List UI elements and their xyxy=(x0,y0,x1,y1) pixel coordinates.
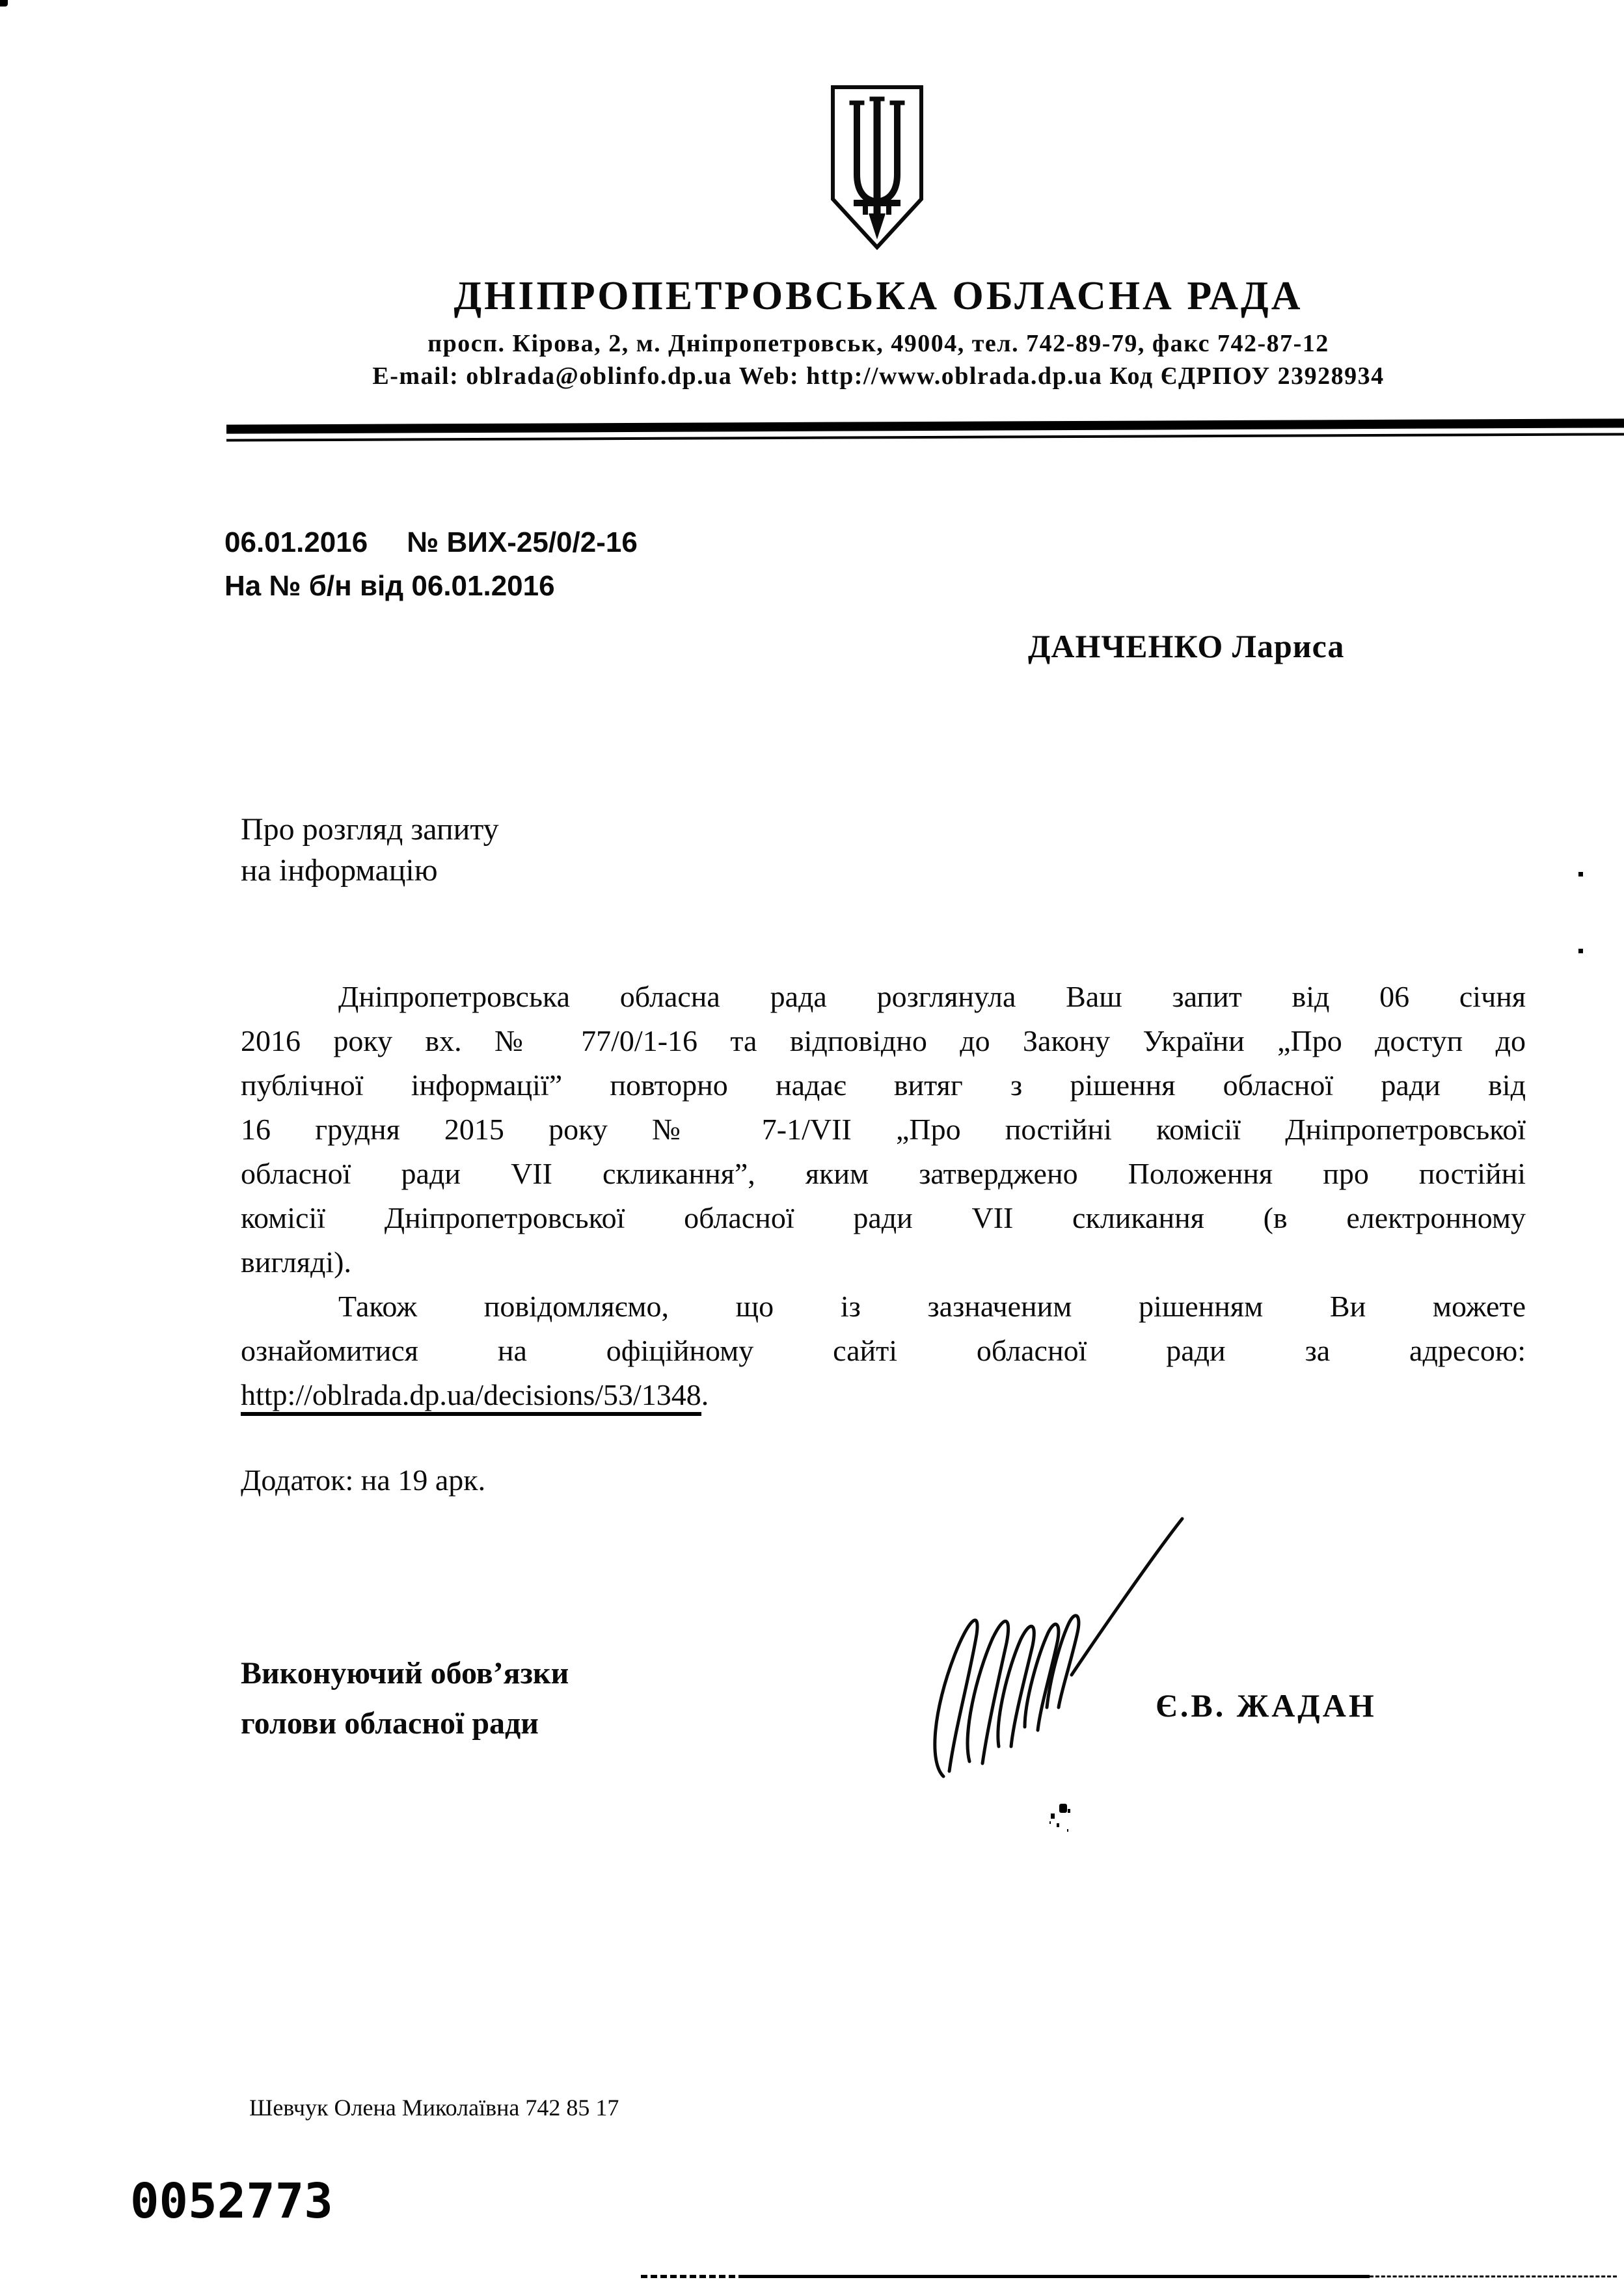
signer-position-line-1: Виконуючий обов’язки xyxy=(241,1648,826,1698)
body-line: вигляді). xyxy=(241,1240,1526,1284)
ukraine-trident-emblem-icon xyxy=(828,83,927,256)
body-paragraph-2: Також повідомляємо, що із зазначеним ріш… xyxy=(241,1284,1526,1417)
reference-date-line: 06.01.2016№ ВИХ-25/0/2-16 xyxy=(224,521,1005,564)
handwritten-signature xyxy=(882,1511,1207,1800)
body-line: ознайомитися на офіційному сайті обласно… xyxy=(241,1329,1526,1373)
registration-stamp-number: 0052773 xyxy=(130,2173,455,2229)
body-line: 16 грудня 2015 року № 7-1/VII „Про пості… xyxy=(241,1107,1526,1152)
body-line: публічної інформації” повторно надає вит… xyxy=(241,1063,1526,1107)
scan-speck-top-left xyxy=(0,0,8,7)
reference-block: 06.01.2016№ ВИХ-25/0/2-16 На № б/н від 0… xyxy=(224,521,1005,608)
body-paragraph-1: Дніпропетровська обласна рада розглянула… xyxy=(241,975,1526,1284)
body-line: 2016 року вх. № 77/0/1-16 та відповідно … xyxy=(241,1019,1526,1063)
subject-line-2: на інформацію xyxy=(241,850,826,891)
body-link-line: http://oblrada.dp.ua/decisions/53/1348. xyxy=(241,1373,1526,1417)
header-rule-thin xyxy=(226,433,1624,441)
scan-dot-right-1 xyxy=(1578,872,1583,876)
subject-line-1: Про розгляд запиту xyxy=(241,809,826,850)
org-contact-line: E-mail: oblrada@oblinfo.dp.ua Web: http:… xyxy=(133,362,1624,390)
attachment-line: Додаток: на 19 арк. xyxy=(241,1463,826,1497)
org-name: ДНІПРОПЕТРОВСЬКА ОБЛАСНА РАДА xyxy=(133,273,1624,319)
body-line: комісії Дніпропетровської обласної ради … xyxy=(241,1196,1526,1240)
reference-number: № ВИХ-25/0/2-16 xyxy=(407,526,638,558)
signer-name: Є.В. ЖАДАН xyxy=(1156,1687,1546,1724)
org-address-line: просп. Кірова, 2, м. Дніпропетровськ, 49… xyxy=(133,329,1624,358)
header-rule-thick xyxy=(226,418,1624,433)
scan-edge-line-dots xyxy=(1370,2275,1617,2277)
reference-reply-line: На № б/н від 06.01.2016 xyxy=(224,564,1005,608)
scan-dot-right-2 xyxy=(1578,949,1583,953)
body-line: обласної ради VII скликання”, яким затве… xyxy=(241,1152,1526,1196)
body-line: Також повідомляємо, що із зазначеним ріш… xyxy=(241,1284,1526,1329)
signer-position: Виконуючий обов’язки голови обласної рад… xyxy=(241,1648,826,1748)
scanned-letter-page: ДНІПРОПЕТРОВСЬКА ОБЛАСНА РАДА просп. Кір… xyxy=(0,0,1624,2282)
recipient-name: ДАНЧЕНКО Лариса xyxy=(1028,627,1483,665)
link-period: . xyxy=(701,1378,709,1411)
reference-date: 06.01.2016 xyxy=(224,526,368,558)
subject-block: Про розгляд запиту на інформацію xyxy=(241,809,826,891)
ink-smudge xyxy=(1059,1804,1067,1813)
scan-edge-line-dashed xyxy=(641,2275,745,2278)
scan-edge-line-solid xyxy=(745,2275,1370,2278)
executor-contact-line: Шевчук Олена Миколаївна 742 85 17 xyxy=(249,2094,965,2121)
signer-position-line-2: голови обласної ради xyxy=(241,1698,826,1748)
decision-url-link[interactable]: http://oblrada.dp.ua/decisions/53/1348 xyxy=(241,1378,701,1416)
body-line: Дніпропетровська обласна рада розглянула… xyxy=(241,975,1526,1019)
